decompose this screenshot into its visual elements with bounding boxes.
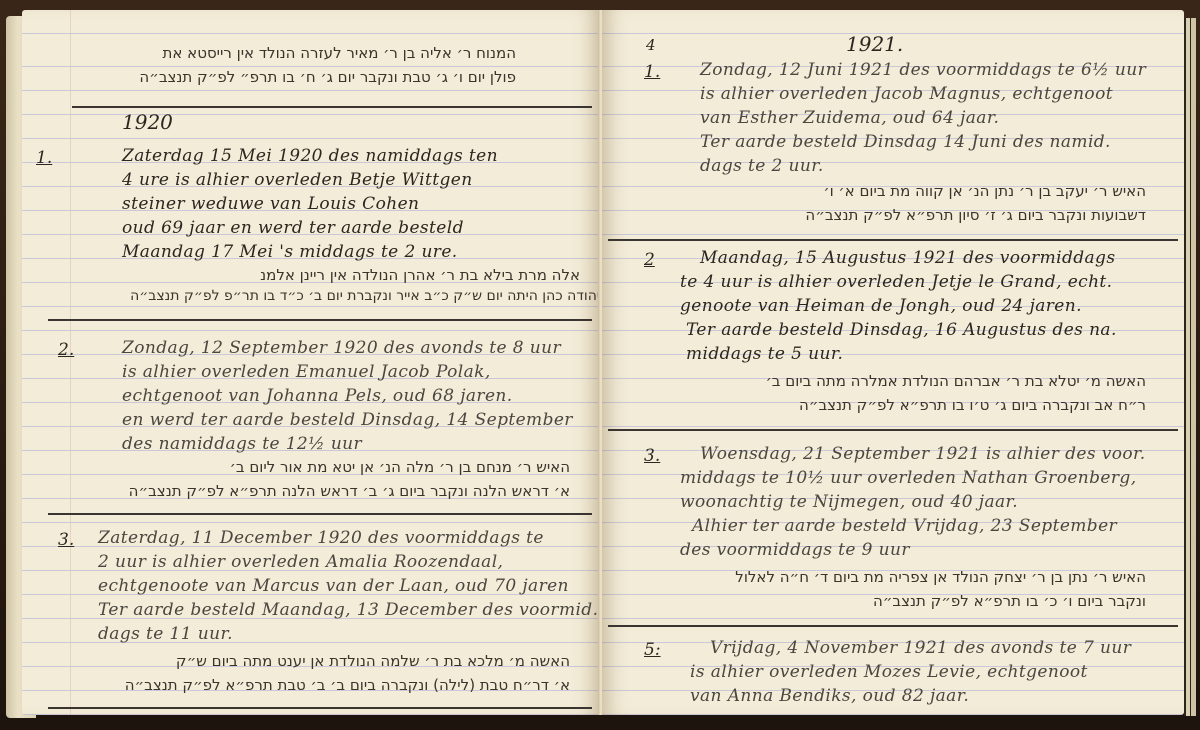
hebrew-text-line: דשבועות ונקבר ביום ג׳ ז׳ סיון תרפ״א לפ״ק… [805,206,1146,224]
hebrew-text-line: האיש ר׳ מנחם בן ר׳ מלה הנ׳ אן יטא מת אור… [230,458,570,476]
hebrew-text-line: ר״ח אב ונקברה ביום ג׳ ט׳ו בו תרפ״א לפ״ק … [799,396,1146,414]
entry-text-line: Ter aarde besteld Dinsdag, 16 Augustus d… [686,320,1117,340]
entry-text-line: des namiddags te 12½ uur [122,434,362,454]
entry-text-line: echtgenoote van Marcus van der Laan, oud… [98,576,569,596]
entry-text-line: echtgenoot van Johanna Pels, oud 68 jare… [122,386,513,406]
entry-text-line: steiner weduwe van Louis Cohen [122,194,419,214]
entry-divider [608,239,1178,241]
hebrew-text-line: א׳ דראש הלנה ונקבר ביום ג׳ ב׳ דראש הלנה … [129,482,570,500]
entry-text-line: van Anna Bendiks, oud 82 jaar. [690,686,969,706]
entry-text-line: is alhier overleden Emanuel Jacob Polak, [122,362,491,382]
entry-text-line: Zaterdag 15 Mei 1920 des namiddags ten [122,146,498,166]
entry-text-line: Ter aarde besteld Maandag, 13 December d… [98,600,598,620]
entry-text-line: des voormiddags te 9 uur [680,540,910,560]
entry-text-line: is alhier overleden Jacob Magnus, echtge… [700,84,1113,104]
entry-divider [48,319,592,321]
entry-text-line: en werd ter aarde besteld Dinsdag, 14 Se… [122,410,573,430]
hebrew-text-line: האשה מ׳ יטלא בת ר׳ אברהם הנולדת אמלרה מת… [766,372,1146,390]
entry-text-line: Vrijdag, 4 November 1921 des avonds te 7… [710,638,1131,658]
entry-text-line: genoote van Heiman de Jongh, oud 24 jare… [680,296,1082,316]
header-hebrew-line: המנוח ר׳ אליה בן ר׳ מאיר לעזרה הנולד אין… [163,44,516,62]
margin-line [70,10,71,715]
right-page: 4 1921. 1. Zondag, 12 Juni 1921 des voor… [602,10,1184,715]
entry-number: 1. [644,62,660,82]
entry-text-line: woonachtig te Nijmegen, oud 40 jaar. [680,492,1018,512]
entry-divider [48,513,592,515]
entry-text-line: dags te 11 uur. [98,624,233,644]
entry-text-line: van Esther Zuidema, oud 64 jaar. [700,108,999,128]
hebrew-text-line: האיש ר׳ יעקב בן ר׳ נתן הנ׳ אן קווה מת בי… [823,182,1146,200]
hebrew-text-line: האשה מ׳ מלכא בת ר׳ שלמה הנולדת אן יענט מ… [176,652,570,670]
entry-text-line: Maandag 17 Mei 's middags te 2 ure. [122,242,458,262]
entry-number: 3. [644,446,660,466]
entry-text-line: Zaterdag, 11 December 1920 des voormidda… [98,528,544,548]
section-divider [72,106,592,108]
year-heading: 1921. [846,32,903,56]
entry-text-line: is alhier overleden Mozes Levie, echtgen… [690,662,1088,682]
left-page: המנוח ר׳ אליה בן ר׳ מאיר לעזרה הנולד אין… [22,10,600,715]
page-stack-right [1184,18,1196,716]
page-number: 4 [646,36,656,54]
entry-divider [608,429,1178,431]
entry-text-line: middags te 10½ uur overleden Nathan Groe… [680,468,1137,488]
entry-number: 2. [58,340,74,360]
entry-number: 2 [644,250,655,270]
entry-text-line: 2 uur is alhier overleden Amalia Roozend… [98,552,503,572]
entry-text-line: oud 69 jaar en werd ter aarde besteld [122,218,464,238]
header-hebrew-line: פולן יום ו׳ ג׳ טבת ונקבר יום ג׳ ח׳ בו תר… [139,68,516,86]
entry-text-line: Zondag, 12 Juni 1921 des voormiddags te … [700,60,1146,80]
entry-number: 3. [58,530,74,550]
hebrew-text-line: האיש ר׳ נתן בן ר׳ יצחק הנולד אן צפריה מת… [735,568,1146,586]
entry-text-line: dags te 2 uur. [700,156,824,176]
entry-text-line: Alhier ter aarde besteld Vrijdag, 23 Sep… [692,516,1117,536]
entry-text-line: Zondag, 12 September 1920 des avonds te … [122,338,561,358]
entry-number: 1. [36,148,52,168]
entry-text-line: middags te 5 uur. [686,344,843,364]
entry-number: 5: [644,640,661,660]
entry-text-line: Ter aarde besteld Dinsdag 14 Juni des na… [700,132,1111,152]
hebrew-text-line: אלה מרת בילא בת ר׳ אהרן הנולדה אין ריינן… [260,266,580,284]
entry-text-line: Woensdag, 21 September 1921 is alhier de… [700,444,1146,464]
hebrew-text-line: א׳ דר״ח טבת (לילה) ונקברה ביום ב׳ ב׳ טבת… [125,676,570,694]
hebrew-text-line: ונקבר ביום ו׳ כ׳ בו תרפ״א לפ״ק תנצב״ה [873,592,1146,610]
hebrew-text-line: יהודה כהן היתה יום ש״ק כ״ב אייר ונקברת י… [130,288,600,304]
entry-text-line: 4 ure is alhier overleden Betje Wittgen [122,170,473,190]
entry-text-line: Maandag, 15 Augustus 1921 des voormiddag… [700,248,1115,268]
open-notebook: המנוח ר׳ אליה בן ר׳ מאיר לעזרה הנולד אין… [0,0,1200,730]
entry-divider [48,707,592,709]
year-heading: 1920 [122,110,173,134]
entry-text-line: te 4 uur is alhier overleden Jetje le Gr… [680,272,1112,292]
entry-divider [608,625,1178,627]
